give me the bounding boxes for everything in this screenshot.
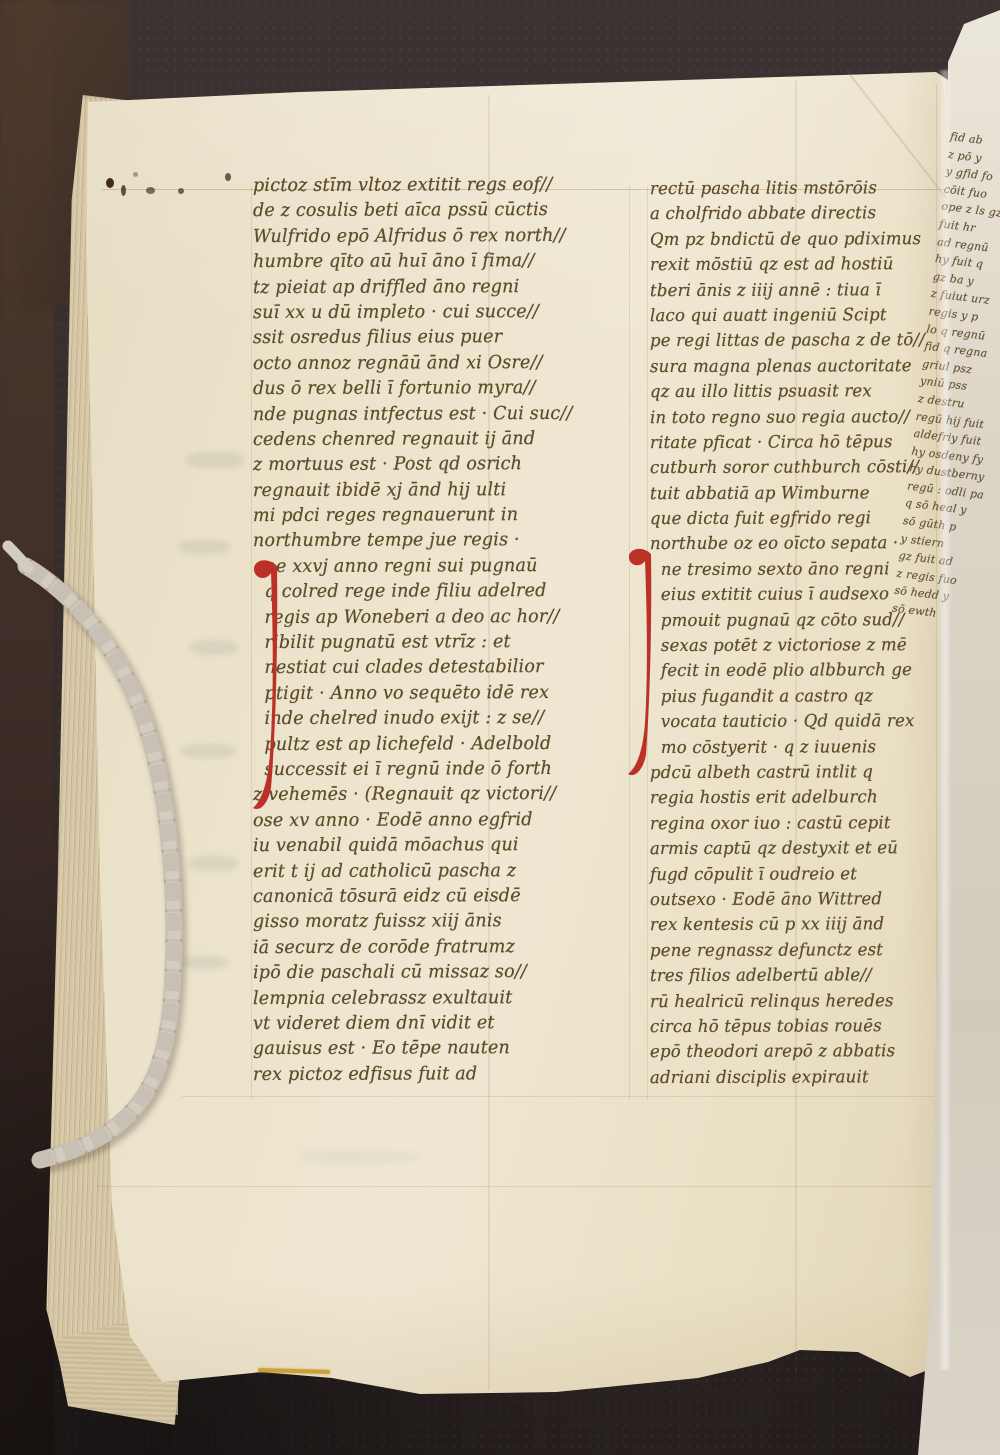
- manuscript-line: regis ap Woneberi a deo ac hor//: [253, 606, 643, 634]
- manuscript-line: fugd cōpulit ī oudreio et: [650, 863, 945, 890]
- bleedthrough-smudge: [186, 452, 244, 468]
- manuscript-line: nestiat cui clades detestabilior: [253, 656, 643, 684]
- manuscript-line: ose xv anno · Eodē anno egfrid: [253, 809, 643, 837]
- manuscript-line: cedens chenred regnauit ij ānd: [253, 428, 643, 456]
- text-column-right: rectū pascha litis mstōrōisa cholfrido a…: [650, 179, 945, 1093]
- manuscript-line: ssit osredus filius eius puer: [253, 326, 643, 354]
- bleedthrough-smudge: [180, 744, 236, 758]
- manuscript-line: rex kentesis cū p xx iiij ānd: [650, 914, 945, 941]
- bleedthrough-smudge: [188, 856, 238, 871]
- manuscript-line: regnauit ibidē xj ānd hij ulti: [253, 479, 643, 507]
- manuscript-line: ptigit · Anno vo sequēto idē rex: [253, 682, 643, 710]
- manuscript-line: sura magna plenas auctoritate: [650, 355, 945, 382]
- manuscript-line: adriani disciplis expirauit: [650, 1066, 945, 1093]
- ink-blot: [178, 188, 184, 194]
- manuscript-line: gisso moratz fuissz xiij ānis: [253, 910, 643, 938]
- manuscript-line: regina oxor iuo : castū cepit: [650, 812, 945, 839]
- manuscript-line: vocata tauticio · Qd quidā rex: [650, 711, 945, 738]
- rubricated-initial-right: [623, 547, 657, 783]
- manuscript-line: pene regnassz defunctz est: [650, 939, 945, 966]
- manuscript-line: erit t ij ad catholicū pascha z: [253, 860, 643, 888]
- manuscript-line: pultz est ap lichefeld · Adelbold: [253, 733, 643, 761]
- manuscript-line: pictoz stīm vltoz extitit regs eof//: [253, 174, 643, 202]
- manuscript-line: z vehemēs · (Regnauit qz victori//: [253, 783, 643, 811]
- ruling-line-margin: [95, 1186, 943, 1187]
- rubricated-initial-left: [247, 558, 283, 818]
- manuscript-line: laco qui auatt ingeniū Scipt: [650, 304, 945, 331]
- manuscript-line: qz au illo littis psuasit rex: [650, 381, 945, 408]
- manuscript-line: Qm pz bndictū de quo pdiximus: [650, 228, 945, 255]
- manuscript-line: iu venabil quidā mōachus qui: [253, 834, 643, 862]
- ink-blot: [146, 187, 155, 194]
- manuscript-line: in toto regno suo regia aucto//: [650, 406, 945, 433]
- text-column-left: pictoz stīm vltoz extitit regs eof//de z…: [253, 176, 643, 1090]
- manuscript-line: inde chelred inudo exijt : z se//: [253, 707, 643, 735]
- manuscript-line: z mortuus est · Post qd osrich: [253, 453, 643, 481]
- manuscript-line: tberi ānis z iiij annē : tiua ī: [650, 279, 945, 306]
- manuscript-line: armis captū qz destyxit et eū: [650, 838, 945, 865]
- manuscript-line: humbre qīto aū huī āno ī fima//: [253, 250, 643, 278]
- manuscript-line: regia hostis erit adelburch: [650, 787, 945, 814]
- manuscript-line: a cholfrido abbate directis: [650, 203, 945, 230]
- manuscript-line: pe regi littas de pascha z de tō//: [650, 330, 945, 357]
- bleedthrough-smudge: [178, 540, 230, 554]
- manuscript-line: successit ei ī regnū inde ō forth: [253, 758, 643, 786]
- bleedthrough-smudge: [182, 956, 228, 969]
- manuscript-line: fecit in eodē plio albburch ge: [650, 660, 945, 687]
- manuscript-line: pius fugandit a castro qz: [650, 685, 945, 712]
- manuscript-line: canonicā tōsurā eidz cū eisdē: [253, 885, 643, 913]
- fold-highlight: [938, 70, 952, 1370]
- manuscript-line: rexit mōstiū qz est ad hostiū: [650, 254, 945, 281]
- manuscript-line: ipō die paschali cū missaz so//: [253, 961, 643, 989]
- manuscript-line: q colred rege inde filiu adelred: [253, 580, 643, 608]
- manuscript-line: rex pictoz edfisus fuit ad: [253, 1063, 643, 1091]
- manuscript-line: dus ō rex belli ī fortunio myra//: [253, 377, 643, 405]
- ink-blot: [225, 173, 231, 181]
- ink-blot: [133, 172, 138, 177]
- manuscript-line: iā securz de corōde fratrumz: [253, 936, 643, 964]
- manuscript-line: Wulfrido epō Alfridus ō rex north//: [253, 225, 643, 253]
- bleedthrough-smudge: [190, 640, 238, 655]
- ink-blot: [106, 178, 114, 188]
- manuscript-line: ritate pficat · Circa hō tēpus: [650, 431, 945, 458]
- manuscript-line: circa hō tēpus tobias rouēs: [650, 1015, 945, 1042]
- manuscript-line: ribilit pugnatū est vtrīz : et: [253, 631, 643, 659]
- manuscript-line: mo cōstyerit · q z iuuenis: [650, 736, 945, 763]
- bleedthrough-smudge: [300, 1150, 420, 1164]
- manuscript-line: rectū pascha litis mstōrōis: [650, 177, 945, 204]
- manuscript-line: northumbre tempe jue regis ·: [253, 530, 643, 558]
- manuscript-line: de z cosulis beti aīca pssū cūctis: [253, 199, 643, 227]
- manuscript-line: epō theodori arepō z abbatis: [650, 1041, 945, 1068]
- manuscript-line: outsexo · Eodē āno Wittred: [650, 888, 945, 915]
- manuscript-line: ne xxvj anno regni sui pugnaū: [253, 555, 643, 583]
- ruling-line-bottom: [182, 1096, 948, 1097]
- manuscript-line: nde pugnas intfectus est · Cui suc//: [253, 403, 643, 431]
- manuscript-line: gauisus est · Eo tēpe nauten: [253, 1037, 643, 1065]
- manuscript-line: lempnia celebrassz exultauit: [253, 987, 643, 1015]
- manuscript-line: cutburh soror cuthburch cōsti//: [650, 457, 945, 484]
- manuscript-line: sexas potēt z victoriose z mē: [650, 634, 945, 661]
- manuscript-line: tuit abbatiā ap Wimburne: [650, 482, 945, 509]
- manuscript-line: octo annoz regnāū ānd xi Osre//: [253, 352, 643, 380]
- manuscript-line: vt videret diem dnī vidit et: [253, 1012, 643, 1040]
- manuscript-line: tres filios adelbertū able//: [650, 965, 945, 992]
- ink-blot: [121, 185, 126, 196]
- manuscript-line: mi pdci reges regnauerunt in: [253, 504, 643, 532]
- manuscript-line: pdcū albeth castrū intlit q: [650, 761, 945, 788]
- manuscript-line: tz pieiat ap driffled āno regni: [253, 276, 643, 304]
- manuscript-line: rū healricū relinqus heredes: [650, 990, 945, 1017]
- manuscript-line: suī xx u dū impleto · cui succe//: [253, 301, 643, 329]
